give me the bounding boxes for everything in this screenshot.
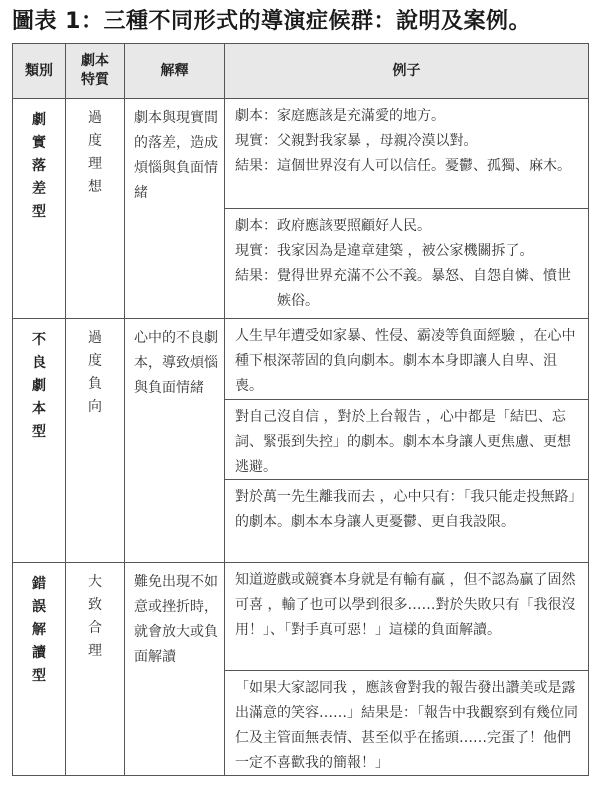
category-char: 型	[13, 421, 65, 444]
category-char: 差	[13, 178, 65, 201]
trait-char: 度	[66, 350, 124, 373]
example-text: 父親對我家暴 ，母親冷漠以對。	[277, 129, 580, 154]
example-text: 家庭應該是充滿愛的地方。	[277, 104, 580, 129]
category-char: 本	[13, 398, 65, 421]
example-text: 我家因為是違章建築 ，被公家機關拆了。	[277, 239, 580, 264]
example-block: 劇本： 家庭應該是充滿愛的地方。 現實： 父親對我家暴 ，母親冷漠以對。 結果：…	[225, 99, 588, 209]
category-char: 錯	[13, 573, 65, 596]
trait-char: 過	[66, 327, 124, 350]
example-block: 知道遊戲或競賽本身就是有輸有贏 ，但不認為贏了固然可喜 ，輸了也可以學到很多………	[225, 563, 588, 671]
explanation-cell: 難免出現不如意或挫折時，就會放大或負面解讀	[125, 563, 225, 776]
example-line: 結果： 這個世界沒有人可以信任。憂鬱、孤獨、麻木。	[235, 154, 580, 179]
header-trait: 劇本 特質	[66, 44, 125, 99]
example-block: 「如果大家認同我 ，應該會對我的報告發出讚美或是露出滿意的笑容……」結果是：「報…	[225, 671, 588, 775]
category-char: 實	[13, 132, 65, 155]
trait-char: 大	[66, 571, 124, 594]
table-header-row: 類別 劇本 特質 解釋 例子	[13, 44, 589, 99]
examples-cell: 劇本： 家庭應該是充滿愛的地方。 現實： 父親對我家暴 ，母親冷漠以對。 結果：…	[225, 99, 589, 319]
trait-char: 想	[66, 176, 124, 199]
example-label: 劇本：	[235, 214, 277, 239]
examples-cell: 知道遊戲或競賽本身就是有輸有贏 ，但不認為贏了固然可喜 ，輸了也可以學到很多………	[225, 563, 589, 776]
category-char: 劇	[13, 109, 65, 132]
syndrome-table: 類別 劇本 特質 解釋 例子 劇 實 落 差 型 過 度 理 想	[12, 43, 589, 776]
figure-title: 圖表 1：三種不同形式的導演症候群：說明及案例。	[12, 4, 531, 35]
example-line: 結果： 覺得世界充滿不公不義。暴怒、自怨自憐、憤世嫉俗。	[235, 264, 580, 314]
example-text: 這個世界沒有人可以信任。憂鬱、孤獨、麻木。	[277, 154, 580, 179]
example-block: 劇本： 政府應該要照顧好人民。 現實： 我家因為是違章建築 ，被公家機關拆了。 …	[225, 209, 588, 317]
trait-char: 向	[66, 396, 124, 419]
header-trait-line: 特質	[66, 71, 124, 90]
header-category: 類別	[13, 44, 66, 99]
table-row: 劇 實 落 差 型 過 度 理 想 劇本與現實間的落差，造成煩惱與負面情緒 劇本…	[13, 99, 589, 319]
example-label: 現實：	[235, 129, 277, 154]
trait-char: 負	[66, 373, 124, 396]
category-cell: 劇 實 落 差 型	[13, 99, 66, 319]
table-row: 錯 誤 解 讀 型 大 致 合 理 難免出現不如意或挫折時，就會放大或負面解讀 …	[13, 563, 589, 776]
category-cell: 錯 誤 解 讀 型	[13, 563, 66, 776]
category-char: 落	[13, 155, 65, 178]
category-char: 解	[13, 619, 65, 642]
header-examples: 例子	[225, 44, 589, 99]
example-block: 對於萬一先生離我而去 ，心中只有：「我只能走投無路」的劇本。劇本本身讓人更憂鬱、…	[225, 480, 588, 561]
example-line: 現實： 父親對我家暴 ，母親冷漠以對。	[235, 129, 580, 154]
trait-char: 理	[66, 153, 124, 176]
category-char: 良	[13, 352, 65, 375]
example-text: 政府應該要照顧好人民。	[277, 214, 580, 239]
category-char: 劇	[13, 375, 65, 398]
example-line: 現實： 我家因為是違章建築 ，被公家機關拆了。	[235, 239, 580, 264]
category-char: 讀	[13, 642, 65, 665]
trait-cell: 過 度 負 向	[66, 319, 125, 563]
examples-cell: 人生早年遭受如家暴、性侵、霸凌等負面經驗 ，在心中種下根深蒂固的負向劇本。劇本本…	[225, 319, 589, 563]
category-char: 不	[13, 329, 65, 352]
example-line: 劇本： 政府應該要照顧好人民。	[235, 214, 580, 239]
example-block: 人生早年遭受如家暴、性侵、霸凌等負面經驗 ，在心中種下根深蒂固的負向劇本。劇本本…	[225, 319, 588, 400]
example-label: 結果：	[235, 154, 277, 179]
header-trait-line: 劇本	[66, 52, 124, 71]
explanation-cell: 劇本與現實間的落差，造成煩惱與負面情緒	[125, 99, 225, 319]
example-label: 劇本：	[235, 104, 277, 129]
example-block: 對自己沒自信 ，對於上台報告 ，心中都是「結巴、忘詞、緊張到失控」的劇本。劇本本…	[225, 400, 588, 480]
trait-cell: 過 度 理 想	[66, 99, 125, 319]
category-char: 誤	[13, 596, 65, 619]
trait-char: 致	[66, 594, 124, 617]
trait-char: 理	[66, 640, 124, 663]
trait-char: 度	[66, 130, 124, 153]
category-cell: 不 良 劇 本 型	[13, 319, 66, 563]
example-line: 劇本： 家庭應該是充滿愛的地方。	[235, 104, 580, 129]
explanation-cell: 心中的不良劇本，導致煩惱與負面情緒	[125, 319, 225, 563]
example-label: 結果：	[235, 264, 277, 314]
trait-char: 合	[66, 617, 124, 640]
header-explanation: 解釋	[125, 44, 225, 99]
example-text: 覺得世界充滿不公不義。暴怒、自怨自憐、憤世嫉俗。	[277, 264, 580, 314]
table-row: 不 良 劇 本 型 過 度 負 向 心中的不良劇本，導致煩惱與負面情緒 人生早年…	[13, 319, 589, 563]
trait-cell: 大 致 合 理	[66, 563, 125, 776]
example-label: 現實：	[235, 239, 277, 264]
trait-char: 過	[66, 107, 124, 130]
category-char: 型	[13, 665, 65, 688]
category-char: 型	[13, 201, 65, 224]
